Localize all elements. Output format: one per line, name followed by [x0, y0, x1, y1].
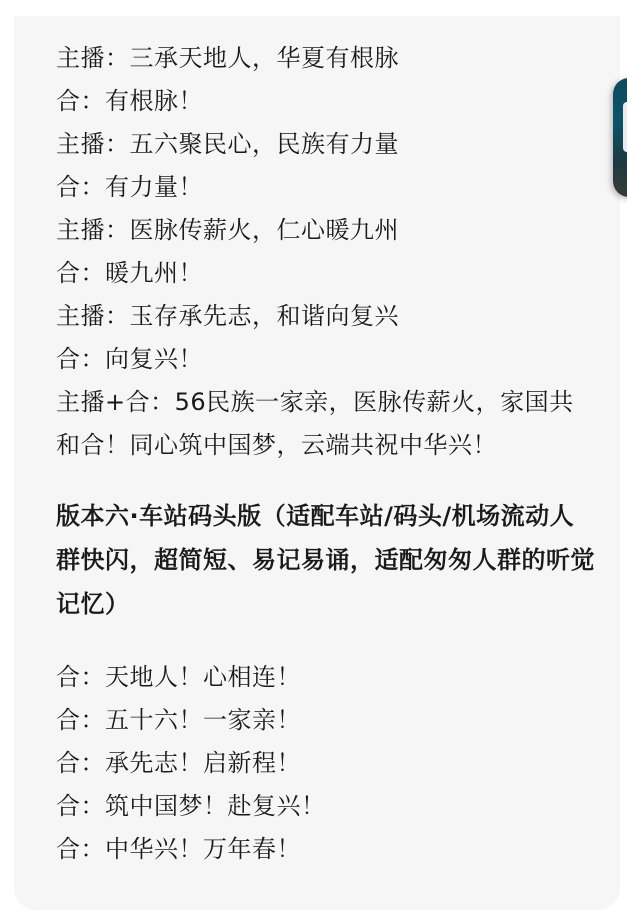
floating-assistant-button[interactable] — [613, 78, 627, 197]
script-line: 主播：五六聚民心，民族有力量 — [56, 123, 596, 166]
finale-line: 主播+合：56民族一家亲，医脉传薪火，家国共和合！同心筑中国梦，云端共祝中华兴！ — [56, 381, 591, 467]
chorus-line: 合：承先志！启新程！ — [56, 742, 596, 785]
script-line: 合：向复兴！ — [56, 338, 596, 381]
chorus-list: 合：天地人！心相连！ 合：五十六！一家亲！ 合：承先志！启新程！ 合：筑中国梦！… — [56, 656, 596, 871]
chorus-line: 合：筑中国梦！赴复兴！ — [56, 785, 596, 828]
floating-assistant-icon — [623, 102, 627, 152]
script-line: 合：暖九州！ — [56, 252, 596, 295]
script-line: 主播：三承天地人，华夏有根脉 — [56, 37, 596, 80]
script-line: 合：有力量！ — [56, 166, 596, 209]
script-line: 主播：玉存承先志，和谐向复兴 — [56, 295, 596, 338]
chorus-line: 合：五十六！一家亲！ — [56, 699, 596, 742]
message-card: 主播：三承天地人，华夏有根脉 合：有根脉！ 主播：五六聚民心，民族有力量 合：有… — [14, 16, 620, 910]
section-heading: 版本六·车站码头版（适配车站/码头/机场流动人群快闪，超简短、易记易诵，适配匆匆… — [56, 494, 596, 626]
chorus-line: 合：中华兴！万年春！ — [56, 828, 596, 871]
script-line: 主播：医脉传薪火，仁心暖九州 — [56, 209, 596, 252]
message-content: 主播：三承天地人，华夏有根脉 合：有根脉！ 主播：五六聚民心，民族有力量 合：有… — [56, 37, 596, 871]
chorus-line: 合：天地人！心相连！ — [56, 656, 596, 699]
script-line: 合：有根脉！ — [56, 80, 596, 123]
